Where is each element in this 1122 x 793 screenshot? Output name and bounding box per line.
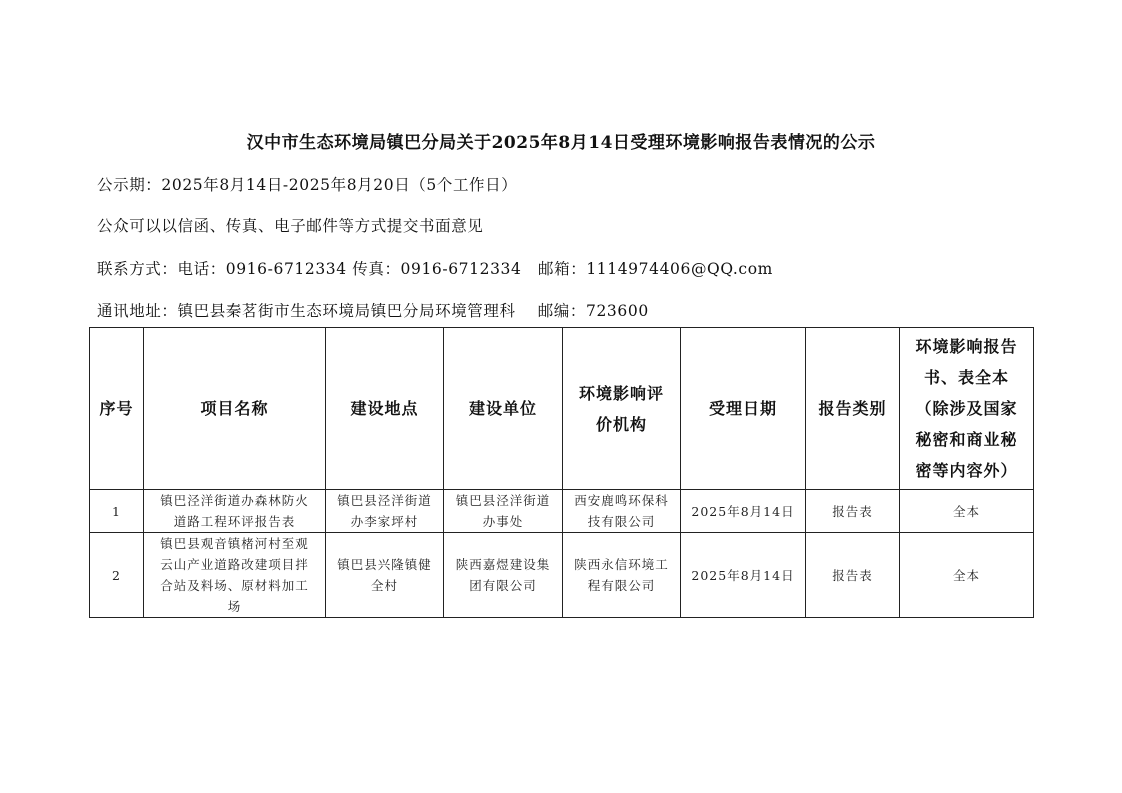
notice-period: 公示期：2025年8月14日-2025年8月20日（5个工作日） (97, 173, 517, 195)
cell-location: 镇巴县泾洋街道办李家坪村 (326, 490, 444, 533)
cell-location: 镇巴县兴隆镇健全村 (326, 533, 444, 618)
cell-report-type: 报告表 (806, 490, 900, 533)
mailing-address: 通讯地址：镇巴县秦茗街市生态环境局镇巴分局环境管理科 邮编：723600 (97, 299, 649, 321)
table-row: 2 镇巴县观音镇楮河村至观云山产业道路改建项目拌合站及料场、原材料加工场 镇巴县… (90, 533, 1034, 618)
cell-report-type: 报告表 (806, 533, 900, 618)
table-header-row: 序号 项目名称 建设地点 建设单位 环境影响评价机构 受理日期 报告类别 环境影… (90, 328, 1034, 490)
cell-date: 2025年8月14日 (681, 533, 806, 618)
cell-no: 2 (90, 533, 144, 618)
cell-date: 2025年8月14日 (681, 490, 806, 533)
cell-builder: 陕西嘉煜建设集团有限公司 (444, 533, 563, 618)
header-builder: 建设单位 (444, 328, 563, 490)
cell-project: 镇巴泾洋街道办森林防火道路工程环评报告表 (144, 490, 326, 533)
header-date: 受理日期 (681, 328, 806, 490)
header-eia-agency: 环境影响评价机构 (563, 328, 681, 490)
submission-note: 公众可以以信函、传真、电子邮件等方式提交书面意见 (97, 214, 483, 236)
header-full-text: 环境影响报告书、表全本（除涉及国家秘密和商业秘密等内容外） (900, 328, 1034, 490)
table-row: 1 镇巴泾洋街道办森林防火道路工程环评报告表 镇巴县泾洋街道办李家坪村 镇巴县泾… (90, 490, 1034, 533)
acceptance-table: 序号 项目名称 建设地点 建设单位 环境影响评价机构 受理日期 报告类别 环境影… (89, 327, 1034, 618)
cell-eia-agency: 陕西永信环境工程有限公司 (563, 533, 681, 618)
page-title: 汉中市生态环境局镇巴分局关于2025年8月14日受理环境影响报告表情况的公示 (0, 128, 1122, 153)
header-project: 项目名称 (144, 328, 326, 490)
header-report-type: 报告类别 (806, 328, 900, 490)
header-location: 建设地点 (326, 328, 444, 490)
cell-full-text: 全本 (900, 490, 1034, 533)
cell-full-text: 全本 (900, 533, 1034, 618)
cell-project: 镇巴县观音镇楮河村至观云山产业道路改建项目拌合站及料场、原材料加工场 (144, 533, 326, 618)
header-no: 序号 (90, 328, 144, 490)
contact-info: 联系方式：电话：0916-6712334 传真：0916-6712334 邮箱：… (97, 257, 773, 279)
cell-eia-agency: 西安鹿鸣环保科技有限公司 (563, 490, 681, 533)
cell-no: 1 (90, 490, 144, 533)
cell-builder: 镇巴县泾洋街道办事处 (444, 490, 563, 533)
